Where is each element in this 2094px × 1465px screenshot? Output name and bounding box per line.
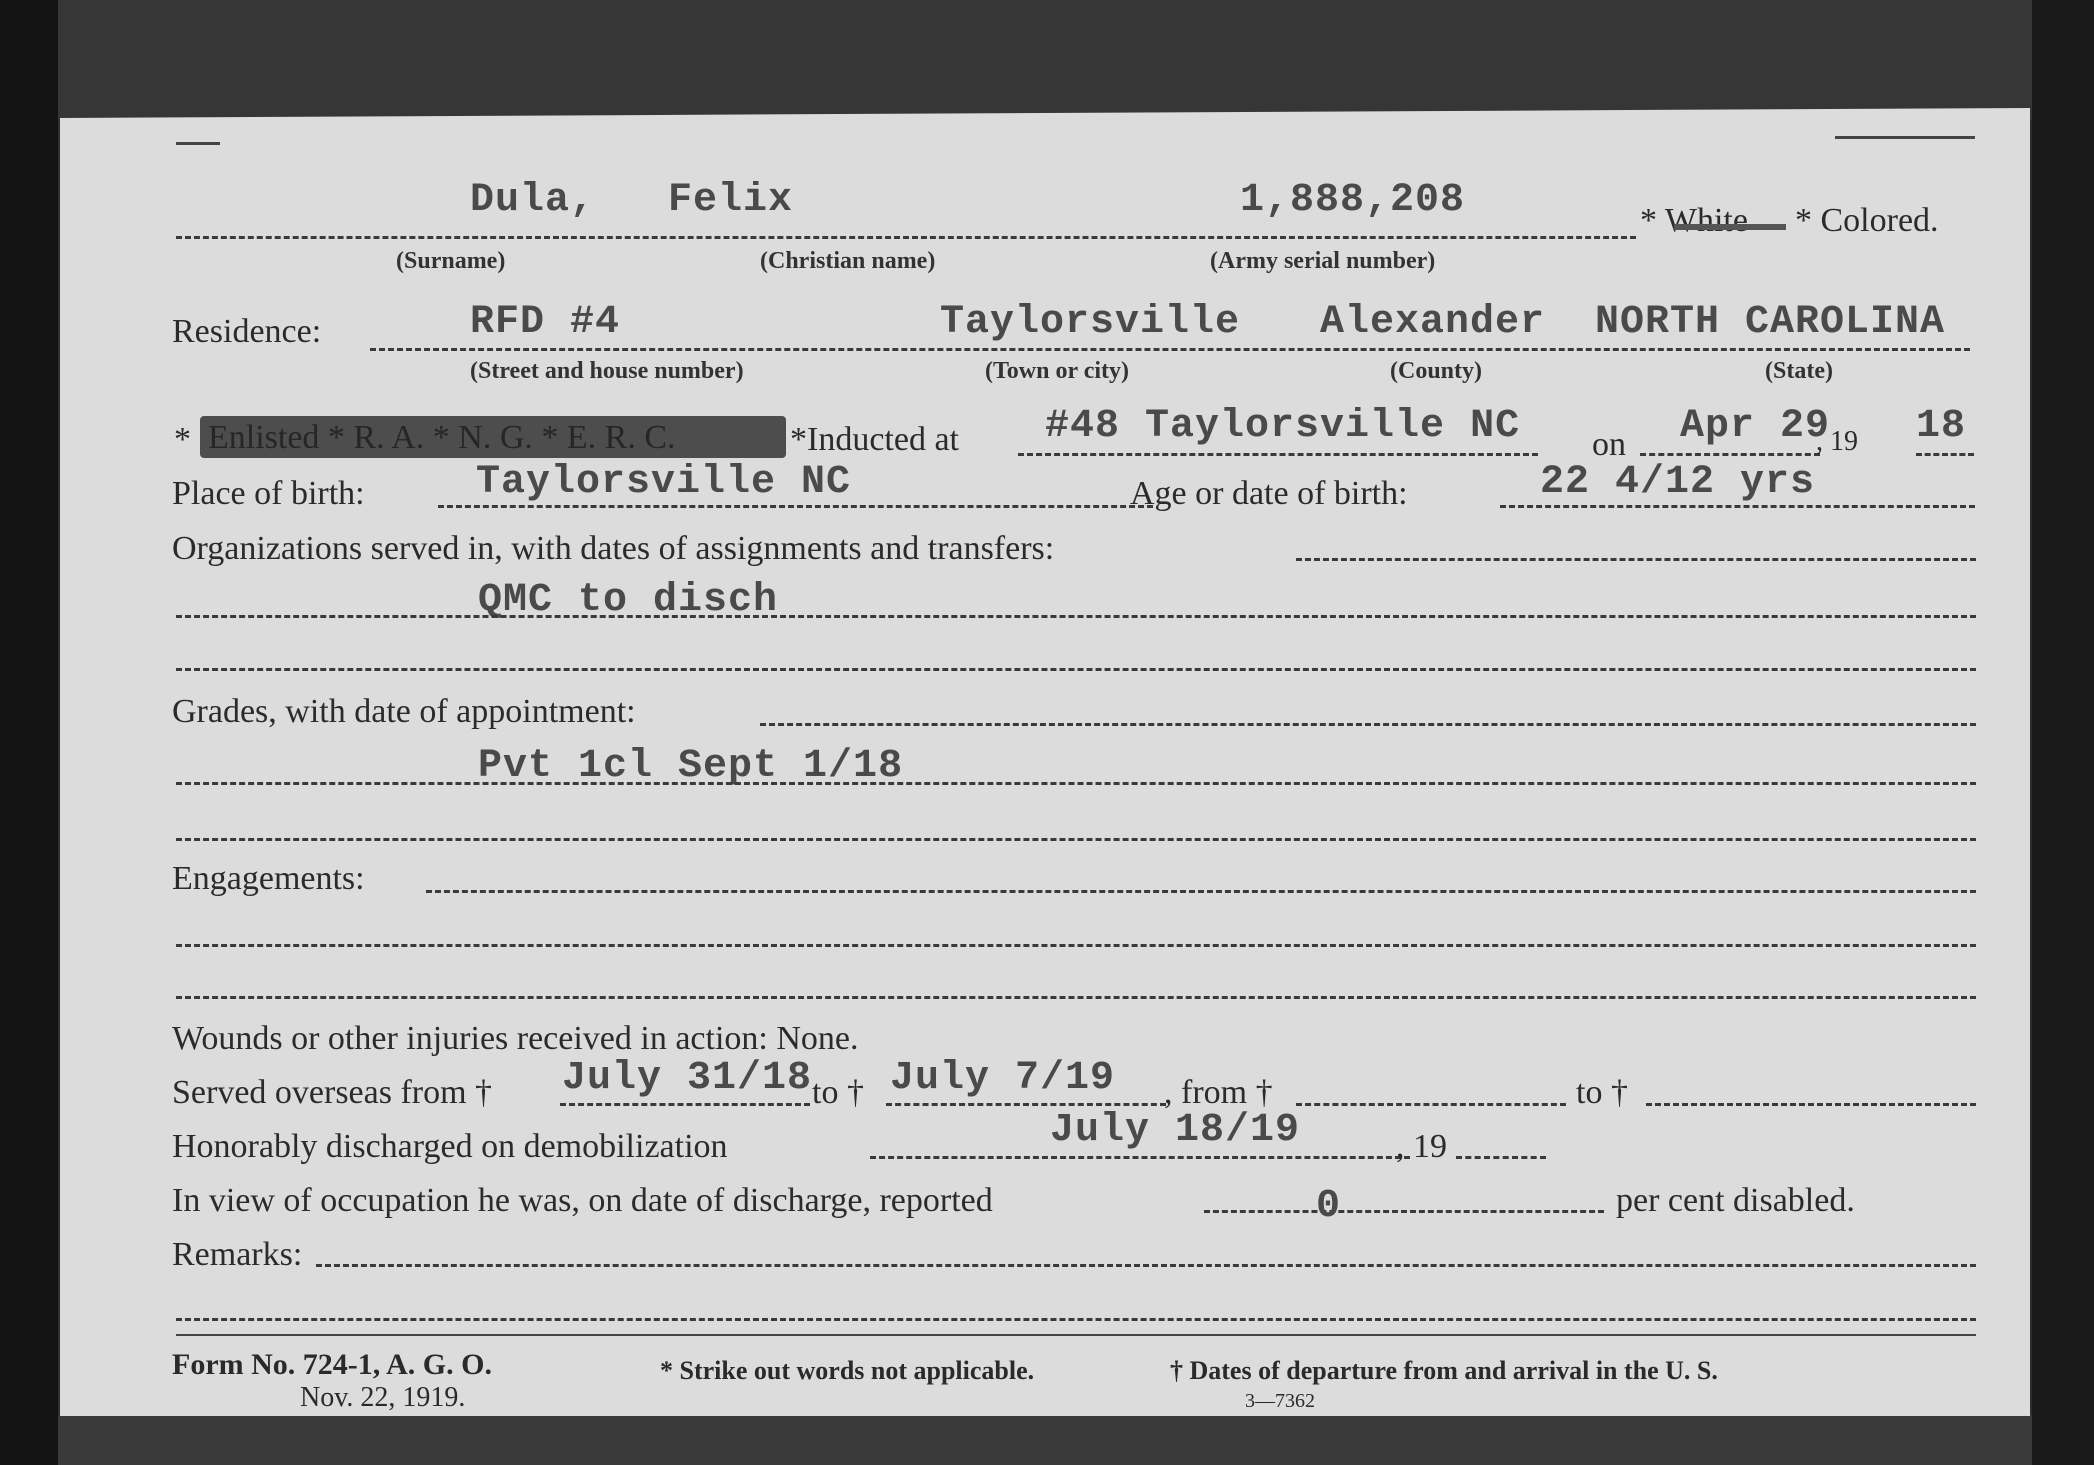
residence-line	[370, 348, 1970, 351]
organizations-line-2	[176, 615, 1976, 618]
overseas-from-value: July 31/18	[562, 1056, 812, 1101]
organizations-label: Organizations served in, with dates of a…	[172, 530, 1054, 568]
age-line	[1500, 505, 1975, 508]
form-date: Nov. 22, 1919.	[300, 1382, 465, 1414]
organizations-line-1	[1296, 558, 1976, 561]
induction-year-prefix: , 19	[1816, 426, 1858, 458]
race-white-label: * White	[1640, 202, 1748, 239]
engagements-label: Engagements:	[172, 860, 365, 898]
engagements-line-3	[176, 996, 1976, 999]
struck-enlistment-text: Enlisted * R. A. * N. G. * E. R. C.	[208, 419, 676, 457]
race-white-strikeout	[1674, 224, 1786, 230]
discharge-date-value: July 18/19	[1050, 1108, 1300, 1153]
serial-number-caption: (Army serial number)	[1210, 248, 1435, 275]
corner-mark-left	[176, 142, 220, 145]
inducted-at-line	[1018, 453, 1538, 456]
corner-mark-right	[1835, 136, 1975, 139]
grades-line-1	[760, 723, 1976, 726]
induction-year-value: 18	[1916, 404, 1966, 449]
scan-border-left	[0, 0, 58, 1465]
surname-caption: (Surname)	[396, 248, 505, 275]
induction-year-line	[1916, 453, 1974, 456]
county-caption: (County)	[1390, 358, 1482, 385]
inducted-at-value: #48 Taylorsville NC	[1045, 404, 1520, 449]
discharge-year-suffix: , 19	[1396, 1128, 1447, 1166]
surname-value: Dula,	[470, 178, 595, 223]
residence-state-value: NORTH CAROLINA	[1595, 300, 1945, 345]
place-of-birth-line	[438, 505, 1153, 508]
induction-asterisk: *	[174, 421, 191, 459]
dates-note: † Dates of departure from and arrival in…	[1170, 1356, 1718, 1386]
discharge-date-line	[870, 1156, 1410, 1159]
form-number: Form No. 724-1, A. G. O.	[172, 1348, 492, 1382]
induction-date-line	[1640, 453, 1820, 456]
serial-number-value: 1,888,208	[1240, 178, 1465, 223]
service-record-card: Dula, Felix 1,888,208 * White * Colored.…	[60, 108, 2030, 1416]
remarks-label: Remarks:	[172, 1236, 302, 1274]
grades-line-2	[176, 782, 1976, 785]
overseas-from2-line	[1296, 1103, 1566, 1106]
wounds-label: Wounds or other injuries received in act…	[172, 1020, 859, 1058]
overseas-to-label: to †	[812, 1074, 864, 1112]
name-line	[176, 236, 1636, 239]
scan-background-bottom	[58, 1415, 2032, 1465]
disability-line	[1204, 1210, 1604, 1213]
scan-border-right	[2032, 0, 2094, 1465]
on-label: on	[1592, 426, 1626, 464]
strike-out-note: * Strike out words not applicable.	[660, 1356, 1034, 1386]
grades-line-3	[176, 838, 1976, 841]
scan-background-top	[58, 0, 2032, 120]
inducted-at-label: *Inducted at	[790, 421, 959, 459]
disability-suffix: per cent disabled.	[1616, 1182, 1855, 1220]
struck-enlistment-options: Enlisted * R. A. * N. G. * E. R. C.	[200, 416, 786, 458]
overseas-to-line	[886, 1103, 1166, 1106]
residence-county-value: Alexander	[1320, 300, 1545, 345]
print-code: 3—7362	[1245, 1390, 1315, 1413]
engagements-line-2	[176, 944, 1976, 947]
engagements-line-1	[426, 890, 1976, 893]
grades-label: Grades, with date of appointment:	[172, 693, 636, 731]
age-value: 22 4/12 yrs	[1540, 460, 1815, 505]
residence-town-value: Taylorsville	[940, 300, 1240, 345]
race-colored-option: * Colored.	[1795, 202, 1939, 240]
overseas-to-value: July 7/19	[890, 1056, 1115, 1101]
overseas-label: Served overseas from †	[172, 1074, 492, 1112]
disability-label: In view of occupation he was, on date of…	[172, 1182, 993, 1220]
discharge-label: Honorably discharged on demobilization	[172, 1128, 728, 1166]
residence-street-value: RFD #4	[470, 300, 620, 345]
overseas-to2-line	[1646, 1103, 1976, 1106]
remarks-line-1	[316, 1264, 1976, 1267]
state-caption: (State)	[1765, 358, 1833, 385]
footer-rule	[176, 1334, 1976, 1336]
residence-label: Residence:	[172, 313, 321, 351]
street-caption: (Street and house number)	[470, 358, 744, 385]
overseas-from2-label: , from †	[1164, 1074, 1273, 1112]
discharge-year-line	[1456, 1156, 1546, 1159]
disability-value: 0	[1316, 1184, 1341, 1229]
overseas-from-line	[560, 1103, 810, 1106]
christian-name-caption: (Christian name)	[760, 248, 935, 275]
organizations-line-3	[176, 668, 1976, 671]
overseas-to2-label: to †	[1576, 1074, 1628, 1112]
place-of-birth-value: Taylorsville NC	[476, 460, 851, 505]
christian-name-value: Felix	[668, 178, 793, 223]
age-label: Age or date of birth:	[1130, 475, 1408, 513]
remarks-line-2	[176, 1318, 1976, 1321]
induction-date-value: Apr 29	[1680, 404, 1830, 449]
place-of-birth-label: Place of birth:	[172, 475, 365, 513]
town-caption: (Town or city)	[985, 358, 1129, 385]
race-white-option: * White	[1640, 202, 1748, 240]
